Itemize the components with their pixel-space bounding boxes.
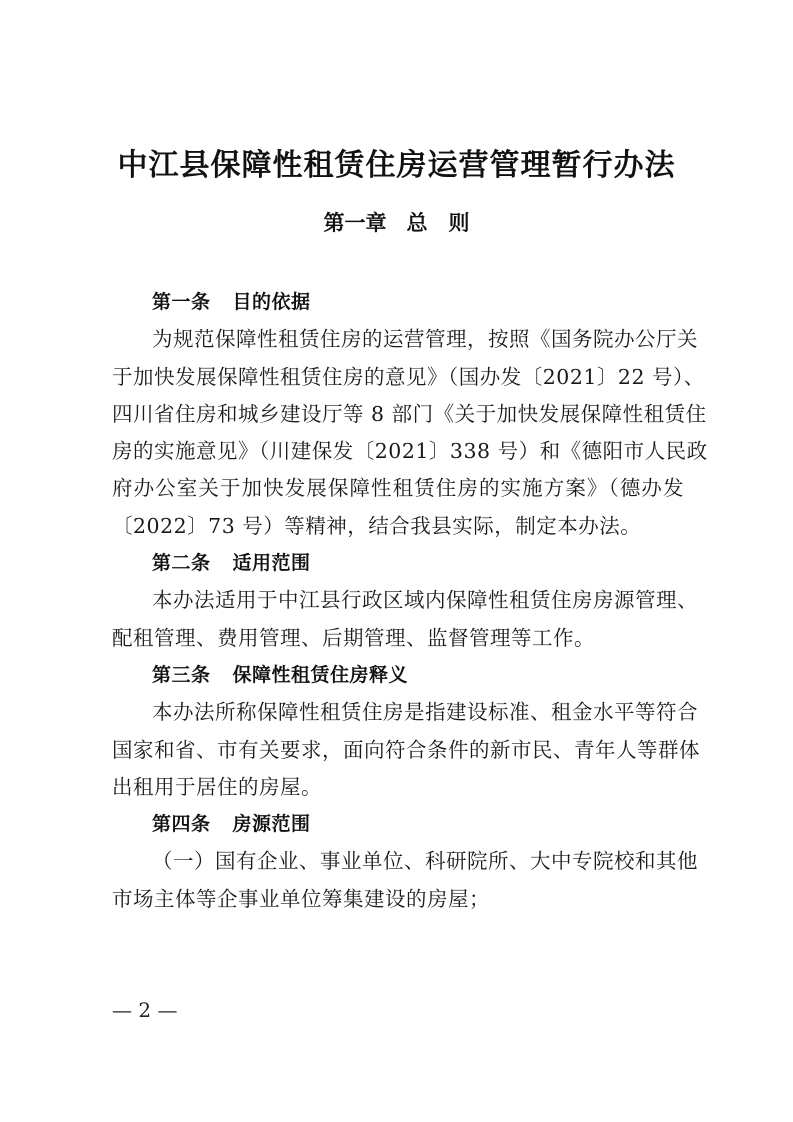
- page-number: — 2 —: [112, 998, 177, 1022]
- paragraph-line: 为规范保障性租赁住房的运营管理，按照《国务院办公厅关: [112, 321, 684, 358]
- article-number: 第二条: [152, 552, 211, 574]
- paragraph-line: 国家和省、市有关要求，面向符合条件的新市民、青年人等群体: [112, 732, 684, 769]
- chapter-number: 第一章: [324, 211, 387, 235]
- article-title: 保障性租赁住房释义: [233, 664, 409, 686]
- article-heading: 第二条适用范围: [112, 545, 684, 582]
- paragraph-line: 本办法适用于中江县行政区域内保障性租赁住房房源管理、: [112, 582, 684, 619]
- paragraph-line: 出租用于居住的房屋。: [112, 769, 684, 806]
- chapter-name: 总 则: [407, 211, 470, 235]
- document-body: 第一条目的依据 为规范保障性租赁住房的运营管理，按照《国务院办公厅关 于加快发展…: [112, 284, 684, 918]
- paragraph-line: 〔2022〕73 号）等精神，结合我县实际，制定本办法。: [112, 508, 684, 545]
- article-title: 适用范围: [233, 552, 311, 574]
- article-heading: 第三条保障性租赁住房释义: [112, 657, 684, 694]
- article-heading: 第一条目的依据: [112, 284, 684, 321]
- paragraph-line: 四川省住房和城乡建设厅等 8 部门《关于加快发展保障性租赁住: [112, 396, 684, 433]
- paragraph-line: 配租管理、费用管理、后期管理、监督管理等工作。: [112, 620, 684, 657]
- article-number: 第一条: [152, 291, 211, 313]
- paragraph-line: 本办法所称保障性租赁住房是指建设标准、租金水平等符合: [112, 694, 684, 731]
- article-heading: 第四条房源范围: [112, 806, 684, 843]
- paragraph-line: （一）国有企业、事业单位、科研院所、大中专院校和其他: [112, 843, 684, 880]
- document-page: 中江县保障性租赁住房运营管理暂行办法 第一章总 则 第一条目的依据 为规范保障性…: [0, 0, 793, 1122]
- document-title: 中江县保障性租赁住房运营管理暂行办法: [0, 140, 793, 184]
- paragraph-line: 于加快发展保障性租赁住房的意见》（国办发〔2021〕22 号）、: [112, 359, 684, 396]
- article-title: 目的依据: [233, 291, 311, 313]
- chapter-heading: 第一章总 则: [0, 207, 793, 237]
- paragraph-line: 房的实施意见》（川建保发〔2021〕338 号）和《德阳市人民政: [112, 433, 684, 470]
- article-title: 房源范围: [233, 813, 311, 835]
- article-number: 第三条: [152, 664, 211, 686]
- paragraph-line: 市场主体等企事业单位筹集建设的房屋；: [112, 881, 684, 918]
- article-number: 第四条: [152, 813, 211, 835]
- paragraph-line: 府办公室关于加快发展保障性租赁住房的实施方案》（德办发: [112, 470, 684, 507]
